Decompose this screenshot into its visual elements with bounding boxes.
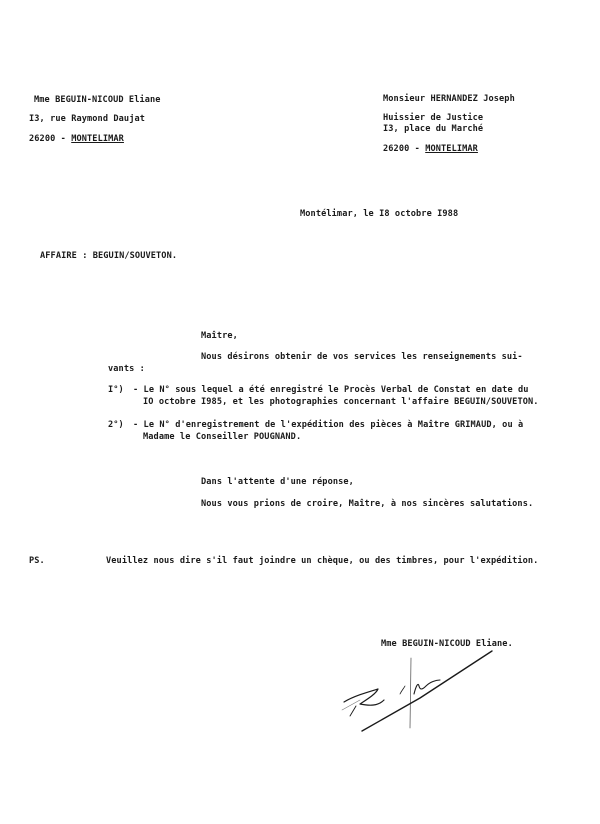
ps-label: PS.: [29, 556, 45, 567]
closing-line-1: Dans l'attente d'une réponse,: [201, 477, 354, 488]
closing-line-2: Nous vous prions de croire, Maître, à no…: [201, 499, 533, 510]
ps-text: Veuillez nous dire s'il faut joindre un …: [106, 556, 538, 567]
subject-line: AFFAIRE : BEGUIN/SOUVETON.: [40, 251, 177, 262]
item-1-line-2: IO octobre I985, et les photographies co…: [143, 397, 539, 408]
item-2-line-2: Madame le Conseiller POUGNAND.: [143, 432, 301, 443]
item-2-line-1: - Le N° d'enregistrement de l'expédition…: [133, 420, 523, 431]
item-1-marker: I°): [108, 385, 124, 396]
sender-city-line: 26200 - MONTELIMAR: [29, 134, 124, 145]
item-1-line-1: - Le N° sous lequel a été enregistré le …: [133, 385, 529, 396]
recipient-name: Monsieur HERNANDEZ Joseph: [383, 94, 515, 105]
item-2-marker: 2°): [108, 420, 124, 431]
recipient-city: MONTELIMAR: [425, 144, 478, 154]
signature-name: Mme BEGUIN-NICOUD Eliane.: [381, 639, 513, 650]
recipient-street: I3, place du Marché: [383, 124, 483, 135]
sender-postal-code: 26200 -: [29, 134, 71, 144]
intro-line-1: Nous désirons obtenir de vos services le…: [201, 352, 523, 363]
sender-name: Mme BEGUIN-NICOUD Eliane: [34, 95, 161, 106]
recipient-postal-code: 26200 -: [383, 144, 425, 154]
sender-street: I3, rue Raymond Daujat: [29, 114, 145, 125]
intro-line-2: vants :: [108, 364, 145, 375]
handwritten-signature: [320, 650, 520, 770]
recipient-title: Huissier de Justice: [383, 113, 483, 124]
sender-city: MONTELIMAR: [71, 134, 124, 144]
salutation: Maître,: [201, 331, 238, 342]
recipient-city-line: 26200 - MONTELIMAR: [383, 144, 478, 155]
date-line: Montélimar, le I8 octobre I988: [300, 209, 458, 220]
